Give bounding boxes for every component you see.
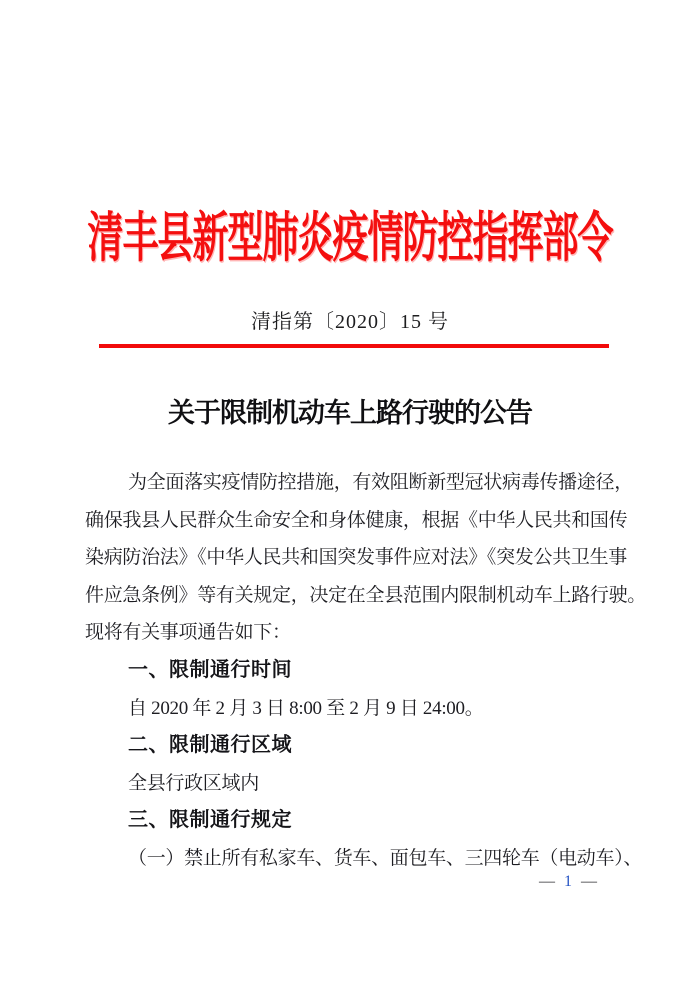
body-line: 现将有关事项通告如下：	[85, 614, 619, 652]
body-line: 件应急条例》等有关规定，决定在全县范围内限制机动车上路行驶。	[85, 577, 619, 615]
notice-title: 关于限制机动车上路行驶的公告	[0, 391, 700, 430]
document-header-title: 清丰县新型肺炎疫情防控指挥部令	[0, 196, 700, 273]
body-section-heading: 二、限制通行区域	[85, 727, 619, 765]
page-footer: —1—	[539, 872, 597, 892]
footer-page-number: 1	[555, 873, 581, 890]
body-line: 自 2020 年 2 月 3 日 8:00 至 2 月 9 日 24:00。	[85, 690, 619, 728]
footer-right-dash: —	[581, 873, 597, 890]
body-section-heading: 三、限制通行规定	[85, 802, 619, 840]
document-page: 清丰县新型肺炎疫情防控指挥部令 清指第〔2020〕15 号 关于限制机动车上路行…	[0, 0, 700, 988]
document-number: 清指第〔2020〕15 号	[0, 305, 700, 334]
body-line: 染病防治法》《中华人民共和国突发事件应对法》《突发公共卫生事	[85, 539, 619, 577]
red-divider-rule	[99, 344, 609, 348]
body-lines: 为全面落实疫情防控措施，有效阻断新型冠状病毒传播途径，确保我县人民群众生命安全和…	[85, 464, 619, 878]
footer-left-dash: —	[539, 873, 555, 890]
body-line: 全县行政区域内	[85, 765, 619, 803]
body-line: 确保我县人民群众生命安全和身体健康，根据《中华人民共和国传	[85, 502, 619, 540]
body-line: 为全面落实疫情防控措施，有效阻断新型冠状病毒传播途径，	[85, 464, 619, 502]
body-section-heading: 一、限制通行时间	[85, 652, 619, 690]
